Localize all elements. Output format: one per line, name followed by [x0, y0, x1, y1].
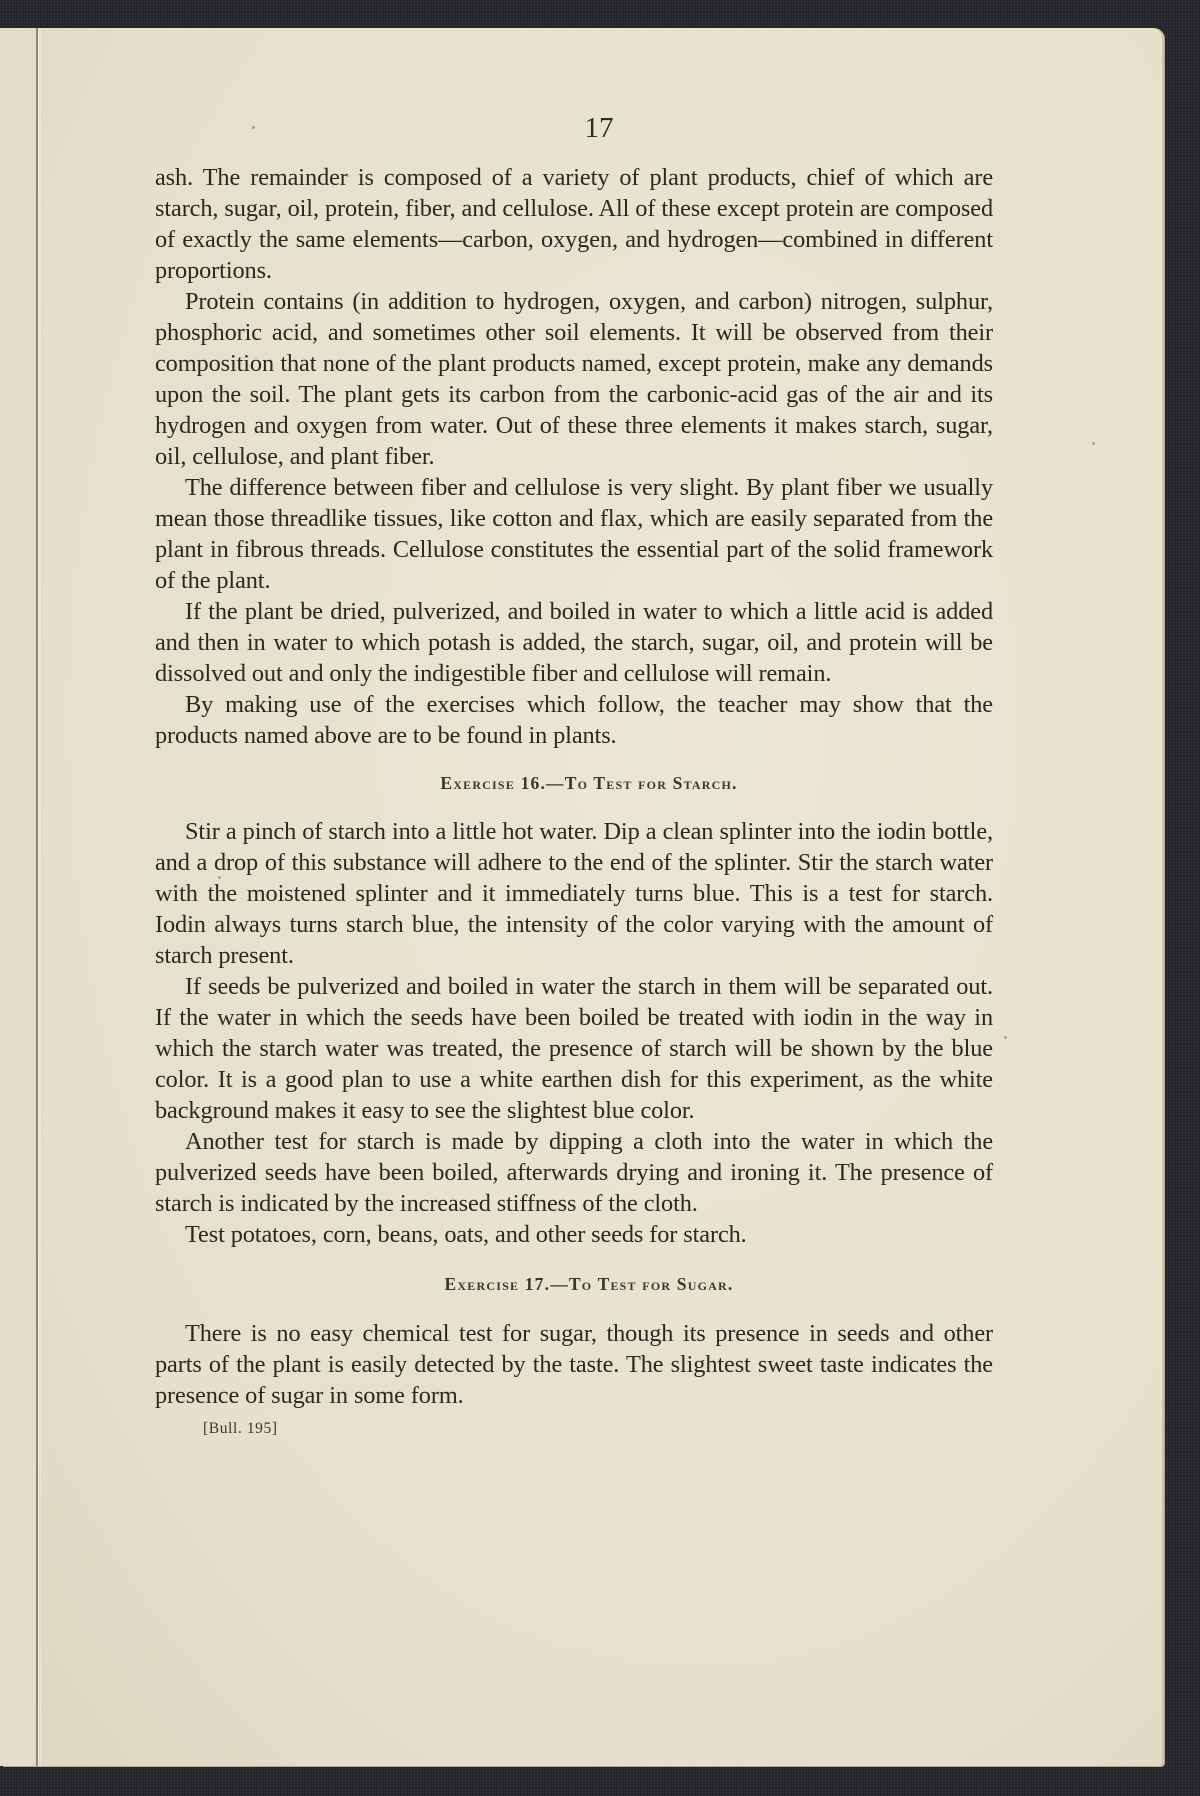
exercise-16-paragraph: Stir a pinch of starch into a little hot… [155, 816, 993, 971]
paragraph-fiber-cellulose: The difference between fiber and cellulo… [155, 472, 993, 596]
page-number: 17 [18, 112, 1180, 145]
paragraph-dissolving: If the plant be dried, pulverized, and b… [155, 596, 993, 689]
paragraph-continued: ash. The remainder is composed of a vari… [155, 162, 993, 286]
page-body: ash. The remainder is composed of a vari… [155, 162, 993, 1444]
exercise-17-heading: Exercise 17.—To Test for Sugar. [155, 1269, 993, 1300]
exercise-16-paragraph: Test potatoes, corn, beans, oats, and ot… [155, 1219, 993, 1250]
page-crease [40, 28, 42, 1766]
exercise-16-paragraph: Another test for starch is made by dippi… [155, 1126, 993, 1219]
exercise-16-heading: Exercise 16.—To Test for Starch. [155, 768, 993, 799]
paragraph-protein: Protein contains (in addition to hydroge… [155, 286, 993, 472]
exercise-16-paragraph: If seeds be pulverized and boiled in wat… [155, 971, 993, 1126]
bulletin-signature: [Bull. 195] [155, 1413, 993, 1444]
paragraph-exercises-intro: By making use of the exercises which fol… [155, 689, 993, 751]
paper-speck [1092, 442, 1095, 445]
exercise-17-paragraph: There is no easy chemical test for sugar… [155, 1318, 993, 1411]
binding-gutter [0, 28, 38, 1766]
paper-speck [1004, 1036, 1007, 1039]
